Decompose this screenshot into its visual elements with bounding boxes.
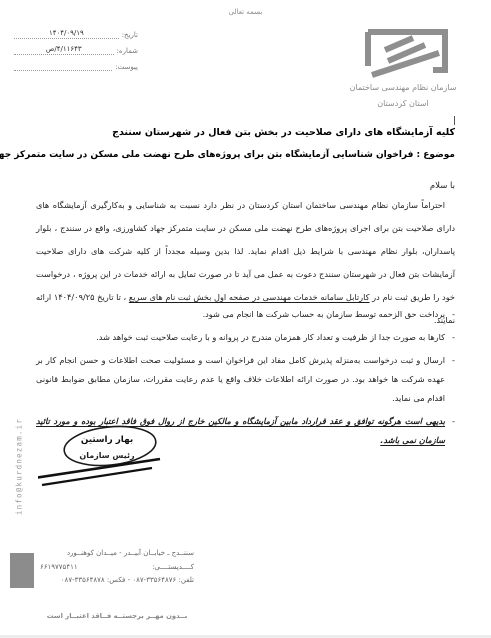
text-cursor-artifact: [454, 116, 455, 125]
number-label: شماره:: [117, 47, 138, 55]
list-item: - ارسال و ثبت درخواست به‌منزله پذیرش کام…: [36, 351, 455, 408]
bullet-text-capacity: کارها به صورت جدا از ظرفیت و تعداد کار ه…: [36, 328, 445, 347]
embossed-seal-note: بــدون مهــر برجستــه فــاقد اعتبــار اس…: [40, 612, 194, 620]
bullet-text-responsibility: ارسال و ثبت درخواست به‌منزله پذیرش کامل …: [36, 351, 445, 408]
bullet-dash: -: [452, 412, 455, 450]
footer-gray-square: [10, 553, 34, 588]
list-item: - کارها به صورت جدا از ظرفیت و تعداد کار…: [36, 328, 455, 347]
footer-phone-fax: تلفن: ۳۳۵۶۴۸۷۶-۰۸۷ - فکس: ۳۳۵۶۴۸۷۸-۰۸۷: [40, 574, 194, 588]
letter-meta-block: تاریخ: ۱۴۰۴/۰۹/۱۹ شماره: ۴/۱۱۶۴۳/ص پیوست…: [14, 30, 138, 78]
org-name-line1: سازمان نظام مهندسی ساختمان: [337, 81, 469, 94]
footer-postal-row: کــــدپستــــی: ۶۶۱۹۷۷۵۴۱۱: [40, 561, 194, 575]
postal-label: کــــدپستــــی:: [152, 561, 194, 575]
date-value: ۱۴۰۴/۰۹/۱۹: [14, 29, 119, 39]
meta-row-number: شماره: ۴/۱۱۶۴۳/ص: [14, 46, 138, 55]
attachment-value: [14, 61, 112, 71]
list-item: - پرداخت حق الزحمه توسط سازمان به حساب ش…: [36, 305, 455, 324]
letter-page: بسمه تعالی تاریخ: ۱۴۰۴/۰۹/۱۹ شماره: ۴/۱۱…: [0, 0, 491, 638]
bullet-text-payment: پرداخت حق الزحمه توسط سازمان به حساب شرک…: [36, 305, 445, 324]
meta-row-date: تاریخ: ۱۴۰۴/۰۹/۱۹: [14, 30, 138, 39]
body-underlined-portal-reference: کارتابل سامانه خدمات مهندسی در صفحه اول …: [129, 292, 370, 302]
salutation-text: با سلام: [430, 181, 455, 191]
footer-address: سننــدج ـ خیابــان آبیــدر - میــدان کوه…: [40, 547, 194, 561]
body-text-part1: احتراماً سازمان نظام مهندسی ساختمان استا…: [36, 200, 455, 302]
attachment-label: پیوست:: [115, 63, 138, 71]
org-logo-icon: [357, 28, 449, 78]
meta-row-attachment: پیوست:: [14, 62, 138, 71]
bullet-dash: -: [452, 305, 455, 324]
postal-code: ۶۶۱۹۷۷۵۴۱۱: [40, 561, 78, 575]
bullet-dash: -: [452, 351, 455, 408]
number-value: ۴/۱۱۶۴۳/ص: [14, 45, 114, 55]
org-email-vertical: info@kurdnezam.ir: [15, 407, 24, 527]
bismillah-text: بسمه تعالی: [0, 8, 491, 16]
signer-name: بهار راستین: [62, 435, 152, 445]
date-label: تاریخ:: [122, 31, 138, 39]
org-letterhead: سازمان نظام مهندسی ساختمان استان کردستان: [337, 28, 469, 110]
recipient-line: کلیه آزمایشگاه های دارای صلاحیت در بخش ب…: [20, 127, 455, 138]
signature-block: بهار راستین رئیس سازمان: [38, 424, 188, 496]
subject-line: موضوع : فراخوان شناسایی آزمایشگاه بتن بر…: [10, 150, 455, 160]
footer-contact-block: سننــدج ـ خیابــان آبیــدر - میــدان کوه…: [40, 547, 194, 588]
signer-title: رئیس سازمان: [62, 451, 152, 460]
bullet-dash: -: [452, 328, 455, 347]
org-name-line2: استان کردستان: [337, 97, 469, 110]
